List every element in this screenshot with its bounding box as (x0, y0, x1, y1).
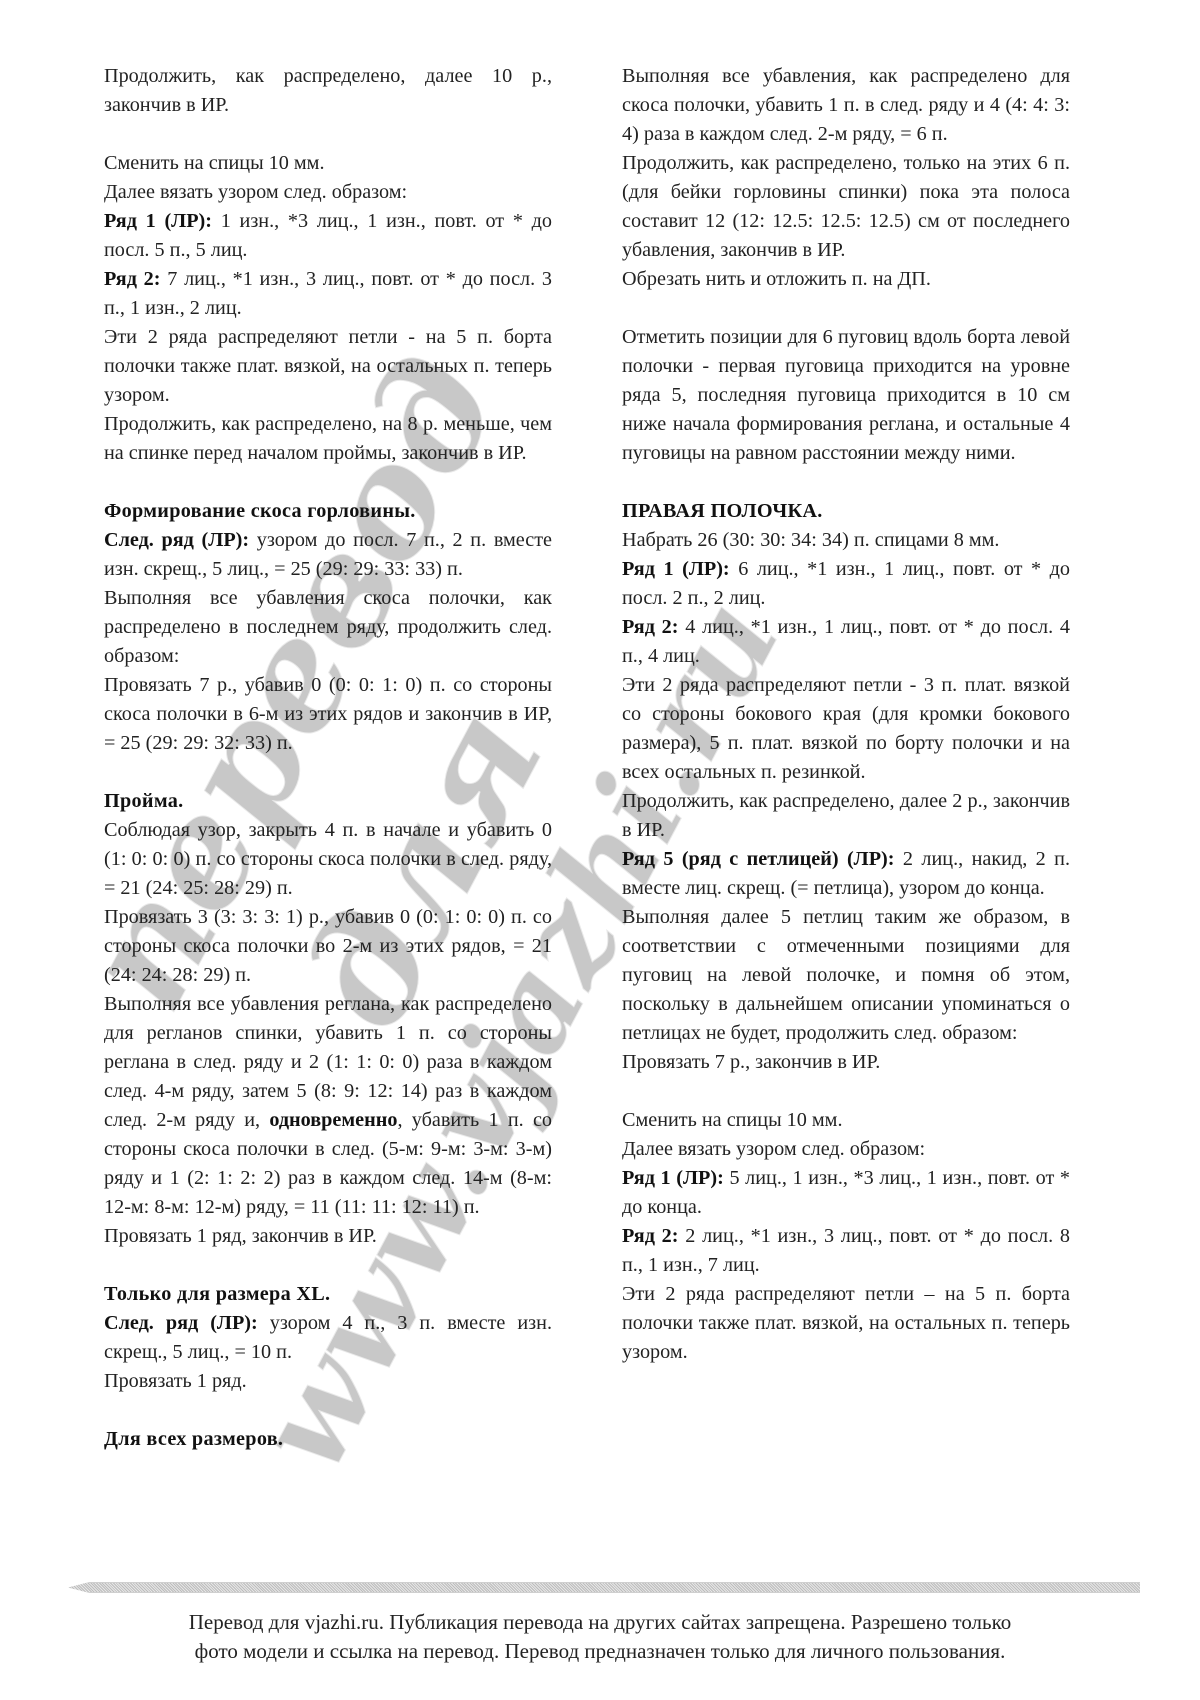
row-text: 4 лиц., *1 изн., 1 лиц., повт. от * до п… (622, 616, 1070, 667)
paragraph: Продолжить, как распределено, далее 10 р… (104, 62, 552, 120)
row-instruction: Ряд 1 (ЛР): 5 лиц., 1 изн., *3 лиц., 1 и… (622, 1164, 1070, 1222)
paragraph: Провязать 1 ряд, закончив в ИР. (104, 1222, 552, 1251)
paragraph: Провязать 3 (3: 3: 3: 1) р., убавив 0 (0… (104, 903, 552, 990)
spacer (104, 120, 552, 149)
row-label: Ряд 2: (622, 616, 679, 638)
section-heading: Только для размера XL. (104, 1280, 552, 1309)
paragraph: Выполняя далее 5 петлиц таким же образом… (622, 903, 1070, 1048)
paragraph: Выполняя все убавления скоса полочки, ка… (104, 584, 552, 671)
row-label: Ряд 2: (104, 268, 161, 290)
spacer (622, 294, 1070, 323)
paragraph: Эти 2 ряда распределяют петли - 3 п. пла… (622, 671, 1070, 787)
paragraph: Выполняя все убавления, как распределено… (622, 62, 1070, 149)
left-column: Продолжить, как распределено, далее 10 р… (104, 62, 552, 1454)
paragraph: Эти 2 ряда распределяют петли - на 5 п. … (104, 323, 552, 410)
spacer (622, 1077, 1070, 1106)
paragraph: Набрать 26 (30: 30: 34: 34) п. спицами 8… (622, 526, 1070, 555)
row-label: Ряд 1 (ЛР): (622, 558, 730, 580)
paragraph: Сменить на спицы 10 мм. (104, 149, 552, 178)
spacer (104, 1251, 552, 1280)
row-instruction: Ряд 2: 2 лиц., *1 изн., 3 лиц., повт. от… (622, 1222, 1070, 1280)
paragraph: Соблюдая узор, закрыть 4 п. в начале и у… (104, 816, 552, 903)
section-heading: Пройма. (104, 787, 552, 816)
paragraph: Далее вязать узором след. образом: (622, 1135, 1070, 1164)
section-heading: ПРАВАЯ ПОЛОЧКА. (622, 497, 1070, 526)
spacer (104, 758, 552, 787)
emphasis-text: одновременно (269, 1109, 397, 1131)
row-instruction: Ряд 1 (ЛР): 6 лиц., *1 изн., 1 лиц., пов… (622, 555, 1070, 613)
spacer (104, 468, 552, 497)
paragraph: Продолжить, как распределено, далее 2 р.… (622, 787, 1070, 845)
section-heading: Формирование скоса горловины. (104, 497, 552, 526)
row-label: След. ряд (ЛР): (104, 529, 249, 551)
right-column: Выполняя все убавления, как распределено… (622, 62, 1070, 1367)
row-text: 2 лиц., *1 изн., 3 лиц., повт. от * до п… (622, 1225, 1070, 1276)
row-label: Ряд 5 (ряд с петлицей) (ЛР): (622, 848, 895, 870)
row-instruction: Ряд 2: 4 лиц., *1 изн., 1 лиц., повт. от… (622, 613, 1070, 671)
footer-notice: Перевод для vjazhi.ru. Публикация перево… (60, 1608, 1140, 1666)
row-instruction: Ряд 2: 7 лиц., *1 изн., 3 лиц., повт. от… (104, 265, 552, 323)
row-label: След. ряд (ЛР): (104, 1312, 258, 1334)
row-instruction: Ряд 5 (ряд с петлицей) (ЛР): 2 лиц., нак… (622, 845, 1070, 903)
row-instruction: След. ряд (ЛР): узором 4 п., 3 п. вместе… (104, 1309, 552, 1367)
row-label: Ряд 1 (ЛР): (104, 210, 212, 232)
paragraph: Сменить на спицы 10 мм. (622, 1106, 1070, 1135)
paragraph: Провязать 7 р., закончив в ИР. (622, 1048, 1070, 1077)
paragraph: Далее вязать узором след. образом: (104, 178, 552, 207)
row-label: Ряд 2: (622, 1225, 679, 1247)
row-label: Ряд 1 (ЛР): (622, 1167, 724, 1189)
section-heading: Для всех размеров. (104, 1425, 552, 1454)
footer-divider (68, 1582, 1140, 1593)
row-text: 7 лиц., *1 изн., 3 лиц., повт. от * до п… (104, 268, 552, 319)
paragraph: Выполняя все убавления реглана, как расп… (104, 990, 552, 1222)
paragraph: Продолжить, как распределено, только на … (622, 149, 1070, 265)
spacer (104, 1396, 552, 1425)
paragraph: Провязать 1 ряд. (104, 1367, 552, 1396)
spacer (622, 468, 1070, 497)
footer-line-2: фото модели и ссылка на перевод. Перевод… (60, 1637, 1140, 1666)
paragraph: Провязать 7 р., убавив 0 (0: 0: 1: 0) п.… (104, 671, 552, 758)
paragraph: Продолжить, как распределено, на 8 р. ме… (104, 410, 552, 468)
row-instruction: След. ряд (ЛР): узором до посл. 7 п., 2 … (104, 526, 552, 584)
paragraph: Обрезать нить и отложить п. на ДП. (622, 265, 1070, 294)
row-instruction: Ряд 1 (ЛР): 1 изн., *3 лиц., 1 изн., пов… (104, 207, 552, 265)
footer-line-1: Перевод для vjazhi.ru. Публикация перево… (60, 1608, 1140, 1637)
paragraph: Отметить позиции для 6 пуговиц вдоль бор… (622, 323, 1070, 468)
paragraph: Эти 2 ряда распределяют петли – на 5 п. … (622, 1280, 1070, 1367)
